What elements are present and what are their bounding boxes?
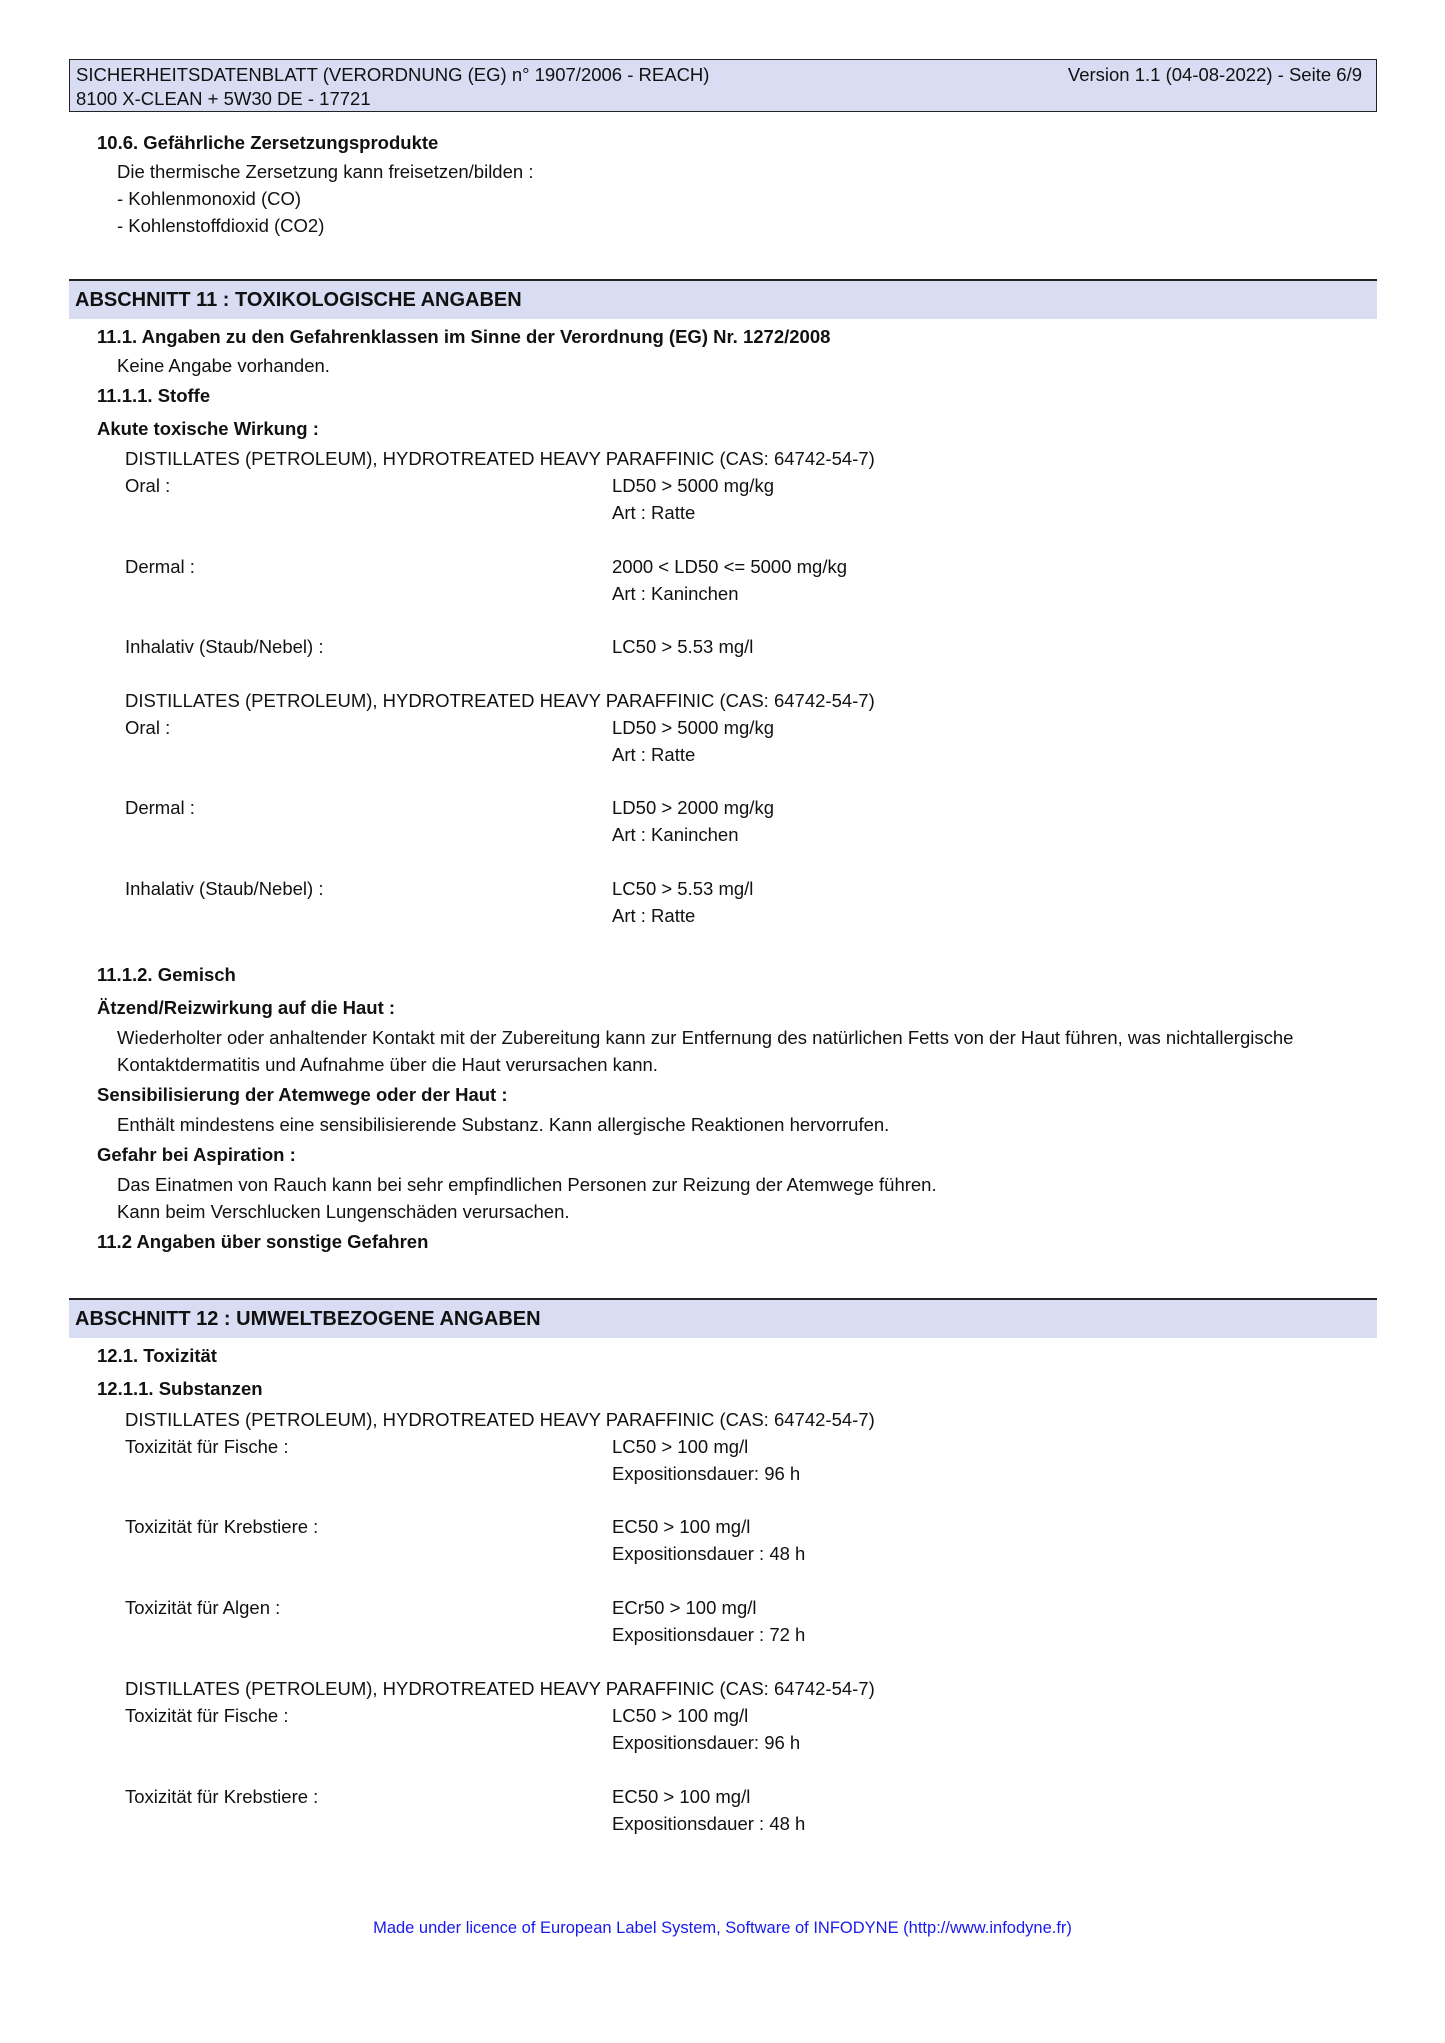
ecotox-value: EC50 > 100 mg/l [612, 1516, 750, 1538]
tox-value: LC50 > 5.53 mg/l [612, 636, 753, 658]
ecotox-label: Toxizität für Fische : [125, 1705, 288, 1727]
heading-11-2: 11.2 Angaben über sonstige Gefahren [97, 1231, 428, 1253]
section-12-title: ABSCHNITT 12 : UMWELTBEZOGENE ANGABEN [75, 1307, 541, 1331]
decomposition-intro: Die thermische Zersetzung kann freisetze… [117, 161, 533, 183]
tox-note: Art : Ratte [612, 502, 695, 524]
substance-name: DISTILLATES (PETROLEUM), HYDROTREATED HE… [125, 1409, 875, 1431]
ecotox-label: Toxizität für Krebstiere : [125, 1786, 318, 1808]
tox-label: Oral : [125, 475, 170, 497]
skin-text: Wiederholter oder anhaltender Kontakt mi… [117, 1027, 1293, 1049]
section-11-title: ABSCHNITT 11 : TOXIKOLOGISCHE ANGABEN [75, 288, 522, 312]
tox-label: Inhalativ (Staub/Nebel) : [125, 636, 323, 658]
tox-value: LD50 > 2000 mg/kg [612, 797, 774, 819]
tox-value: 2000 < LD50 <= 5000 mg/kg [612, 556, 847, 578]
version-page-info: Version 1.1 (04-08-2022) - Seite 6/9 [1068, 63, 1362, 87]
ecotox-note: Expositionsdauer: 96 h [612, 1463, 800, 1485]
ecotox-value: EC50 > 100 mg/l [612, 1786, 750, 1808]
acute-toxicity-heading: Akute toxische Wirkung : [97, 418, 319, 440]
aspiration-heading: Gefahr bei Aspiration : [97, 1144, 296, 1166]
ecotox-note: Expositionsdauer : 48 h [612, 1813, 805, 1835]
ecotox-note: Expositionsdauer : 48 h [612, 1543, 805, 1565]
heading-12-1-1: 12.1.1. Substanzen [97, 1378, 263, 1400]
tox-label: Oral : [125, 717, 170, 739]
ecotox-note: Expositionsdauer: 96 h [612, 1732, 800, 1754]
aspiration-text: Kann beim Verschlucken Lungenschäden ver… [117, 1201, 570, 1223]
ecotox-value: LC50 > 100 mg/l [612, 1436, 748, 1458]
skin-text: Kontaktdermatitis und Aufnahme über die … [117, 1054, 658, 1076]
tox-value: LC50 > 5.53 mg/l [612, 878, 753, 900]
ecotox-value: ECr50 > 100 mg/l [612, 1597, 756, 1619]
sensitization-heading: Sensibilisierung der Atemwege oder der H… [97, 1084, 508, 1106]
tox-value: LD50 > 5000 mg/kg [612, 475, 774, 497]
tox-note: Art : Ratte [612, 905, 695, 927]
ecotox-label: Toxizität für Krebstiere : [125, 1516, 318, 1538]
no-data-text: Keine Angabe vorhanden. [117, 355, 330, 377]
tox-label: Dermal : [125, 556, 195, 578]
tox-note: Art : Kaninchen [612, 824, 739, 846]
substance-name: DISTILLATES (PETROLEUM), HYDROTREATED HE… [125, 690, 875, 712]
heading-11-1-1: 11.1.1. Stoffe [97, 385, 210, 407]
tox-value: LD50 > 5000 mg/kg [612, 717, 774, 739]
heading-12-1: 12.1. Toxizität [97, 1345, 217, 1367]
document-header: SICHERHEITSDATENBLATT (VERORDNUNG (EG) n… [69, 59, 1377, 112]
tox-note: Art : Ratte [612, 744, 695, 766]
decomposition-item: - Kohlenstoffdioxid (CO2) [117, 215, 324, 237]
ecotox-note: Expositionsdauer : 72 h [612, 1624, 805, 1646]
ecotox-label: Toxizität für Fische : [125, 1436, 288, 1458]
sensitization-text: Enthält mindestens eine sensibilisierend… [117, 1114, 889, 1136]
heading-10-6: 10.6. Gefährliche Zersetzungsprodukte [97, 132, 438, 154]
substance-name: DISTILLATES (PETROLEUM), HYDROTREATED HE… [125, 1678, 875, 1700]
substance-name: DISTILLATES (PETROLEUM), HYDROTREATED HE… [125, 448, 875, 470]
heading-11-1: 11.1. Angaben zu den Gefahrenklassen im … [97, 326, 830, 348]
ecotox-label: Toxizität für Algen : [125, 1597, 280, 1619]
section-11-header: ABSCHNITT 11 : TOXIKOLOGISCHE ANGABEN [69, 279, 1377, 319]
aspiration-text: Das Einatmen von Rauch kann bei sehr emp… [117, 1174, 937, 1196]
skin-heading: Ätzend/Reizwirkung auf die Haut : [97, 997, 395, 1019]
ecotox-value: LC50 > 100 mg/l [612, 1705, 748, 1727]
section-12-header: ABSCHNITT 12 : UMWELTBEZOGENE ANGABEN [69, 1298, 1377, 1338]
document-title: SICHERHEITSDATENBLATT (VERORDNUNG (EG) n… [76, 63, 709, 87]
heading-11-1-2: 11.1.2. Gemisch [97, 964, 236, 986]
decomposition-item: - Kohlenmonoxid (CO) [117, 188, 301, 210]
footer-licence-link[interactable]: Made under licence of European Label Sys… [0, 1918, 1445, 1938]
tox-label: Dermal : [125, 797, 195, 819]
product-name: 8100 X-CLEAN + 5W30 DE - 17721 [76, 87, 371, 111]
tox-label: Inhalativ (Staub/Nebel) : [125, 878, 323, 900]
tox-note: Art : Kaninchen [612, 583, 739, 605]
